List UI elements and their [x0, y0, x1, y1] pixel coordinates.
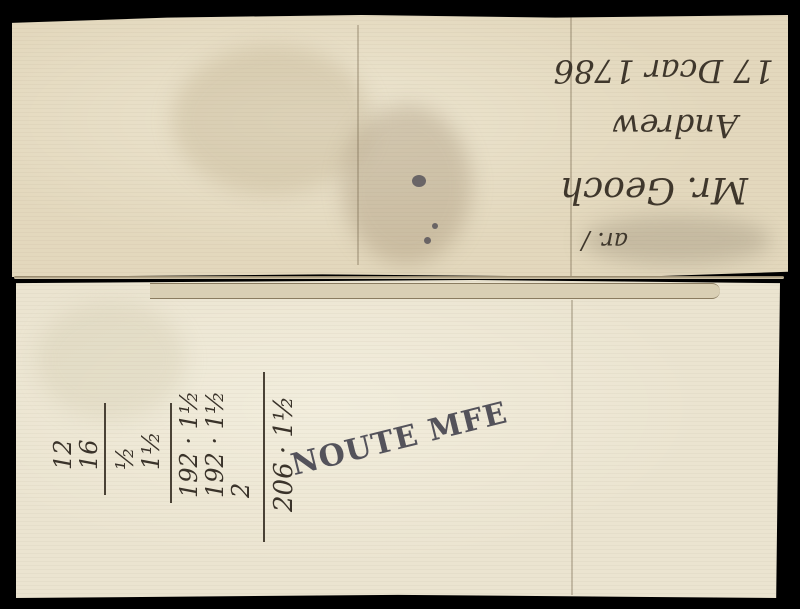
- calc-value: 192 · 1½: [176, 391, 202, 498]
- calc-value: 192 · 1½: [202, 391, 228, 498]
- calc-column: 12 16: [50, 439, 102, 470]
- calc-value: 1½: [138, 431, 164, 470]
- calc-column: 192 · 1½ 192 · 1½ 2: [176, 391, 254, 498]
- calc-rule: [104, 403, 106, 495]
- calc-value: 2: [228, 391, 254, 498]
- calc-value: 12: [50, 439, 76, 470]
- calc-value: ½: [112, 431, 138, 470]
- rate-calculation: 12 16 ½ 1½ 192 · 1½ 192 · 1½ 2 206 · 1½: [0, 0, 800, 609]
- calc-value: 16: [76, 439, 102, 470]
- calc-rule: [170, 403, 172, 503]
- calc-rule: [263, 372, 265, 542]
- calc-column: ½ 1½: [112, 431, 164, 470]
